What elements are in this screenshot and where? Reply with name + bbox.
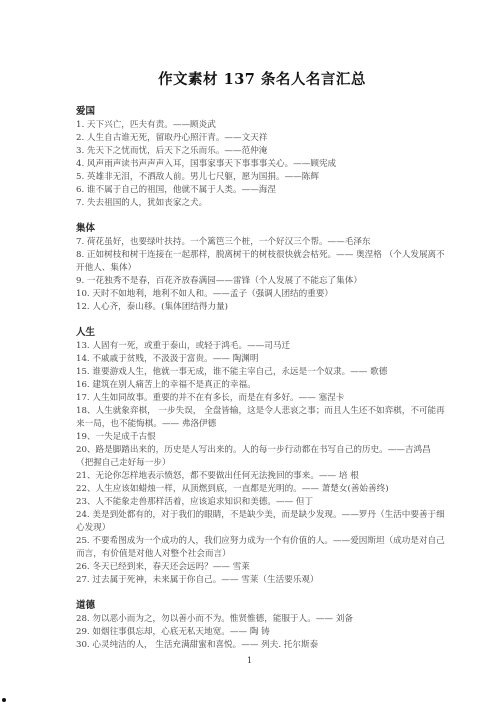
quote-item: 1. 天下兴亡，匹夫有责。——顾炎武 <box>76 119 448 132</box>
quote-item: 4. 风声雨声读书声声声入耳，国事家事天下事事事关心。——顾宪成 <box>76 158 448 171</box>
document-title: 作文素材 137 条名人名言汇总 <box>76 68 448 89</box>
quote-item: 24. 美是到处都有的，对于我们的眼睛，不是缺少美，而是缺少发现。——罗丹（生活… <box>76 509 448 535</box>
quote-item: 27. 过去属于死神，未来属于你自己。—— 雪莱（生活要乐观） <box>76 574 448 587</box>
quote-item: 10. 天时不如地利，地利不如人和。——孟子（强调人团结的重要） <box>76 288 448 301</box>
section-heading: 道德 <box>76 599 448 613</box>
quote-item: 14. 不戚戚于贫贱，不汲汲于富贵。—— 陶渊明 <box>76 353 448 366</box>
quote-item: 22、人生应该如蜡烛一样，从顶燃到底，一直都是光明的。—— 萧楚女(善始善终) <box>76 483 448 496</box>
quote-item: 7. 荷花虽好，也要绿叶扶持。一个篱笆三个桩，一个好汉三个帮。——毛泽东 <box>76 236 448 249</box>
section-collective: 集体 7. 荷花虽好，也要绿叶扶持。一个篱笆三个桩，一个好汉三个帮。——毛泽东 … <box>76 222 448 314</box>
quote-item: 16. 建筑在别人痛苦上的幸福不是真正的幸福。 <box>76 379 448 392</box>
page-number: 1 <box>0 656 499 665</box>
section-life: 人生 13. 人固有一死，或重于泰山，或轻于鸿毛。——司马迁 14. 不戚戚于贫… <box>76 326 448 587</box>
document-page: 作文素材 137 条名人名言汇总 爱国 1. 天下兴亡，匹夫有责。——顾炎武 2… <box>76 60 448 664</box>
quote-item: 26. 冬天已经到来，春天还会远吗？—— 雪莱 <box>76 561 448 574</box>
quote-item: 25. 不要希图成为一个成功的人，我们应努力成为一个有价值的人。——爱因斯坦（成… <box>76 535 448 561</box>
quote-item: 7. 失去祖国的人，犹如丧家之犬。 <box>76 197 448 210</box>
quote-item: 18、人生就象弈棋， 一步失误， 全盘皆输，这是令人悲哀之事；而且人生还不如弈棋… <box>76 405 448 431</box>
quote-item: 2. 人生自古谁无死，留取丹心照汗青。——文天祥 <box>76 132 448 145</box>
quote-item: 21、无论你怎样地表示愤怒，都不要做出任何无法挽回的事来。—— 培 根 <box>76 470 448 483</box>
quote-item: 5. 英雄非无泪，不洒敌人前。男儿七尺躯，愿为国捐。——陈辉 <box>76 171 448 184</box>
section-heading: 集体 <box>76 222 448 236</box>
quote-item: 12. 人心齐，泰山移。(集体团结得力量) <box>76 301 448 314</box>
quote-item: 8. 正如树枝和树干连接在一起那样，脱离树干的树枝很快就会枯死。—— 奥涅格 （… <box>76 249 448 275</box>
section-morality: 道德 28. 勿以恶小而为之，勿以善小而不为。惟贤惟德，能服于人。—— 刘备 2… <box>76 599 448 652</box>
quote-item: 9. 一花独秀不是春，百花齐放春满园——雷锋（个人发展了不能忘了集体） <box>76 275 448 288</box>
quote-item: 3. 先天下之忧而忧，后天下之乐而乐。——范仲淹 <box>76 145 448 158</box>
section-patriotism: 爱国 1. 天下兴亡，匹夫有责。——顾炎武 2. 人生自古谁无死，留取丹心照汗青… <box>76 105 448 210</box>
quote-item: 28. 勿以恶小而为之，勿以善小而不为。惟贤惟德，能服于人。—— 刘备 <box>76 613 448 626</box>
quote-item: 15. 谁要游戏人生，他就一事无成，谁不能主宰自己，永远是一个奴隶。—— 歌德 <box>76 366 448 379</box>
section-heading: 爱国 <box>76 105 448 119</box>
quote-item: 13. 人固有一死，或重于泰山，或轻于鸿毛。——司马迁 <box>76 340 448 353</box>
bullet-dot <box>2 698 6 702</box>
quote-item: 20、路是脚踏出来的，历史是人写出来的。人的每一步行动都在书写自己的历史。——吉… <box>76 444 448 470</box>
quote-item: 30. 心灵纯洁的人， 生活充满甜蜜和喜悦。—— 列夫. 托尔斯泰 <box>76 639 448 652</box>
quote-item: 19、一失足成千古恨 <box>76 431 448 444</box>
quote-item: 23、人不能象走兽那样活着，应该追求知识和美德。—— 但丁 <box>76 496 448 509</box>
section-heading: 人生 <box>76 326 448 340</box>
quote-item: 17. 人生如同故事。重要的并不在有多长，而是在有多好。—— 塞涅卡 <box>76 392 448 405</box>
quote-item: 29. 如烟往事俱忘却，心底无私天地宽。—— 陶 铸 <box>76 626 448 639</box>
quote-item: 6. 谁不属于自己的祖国，他就不属于人类。——海涅 <box>76 184 448 197</box>
